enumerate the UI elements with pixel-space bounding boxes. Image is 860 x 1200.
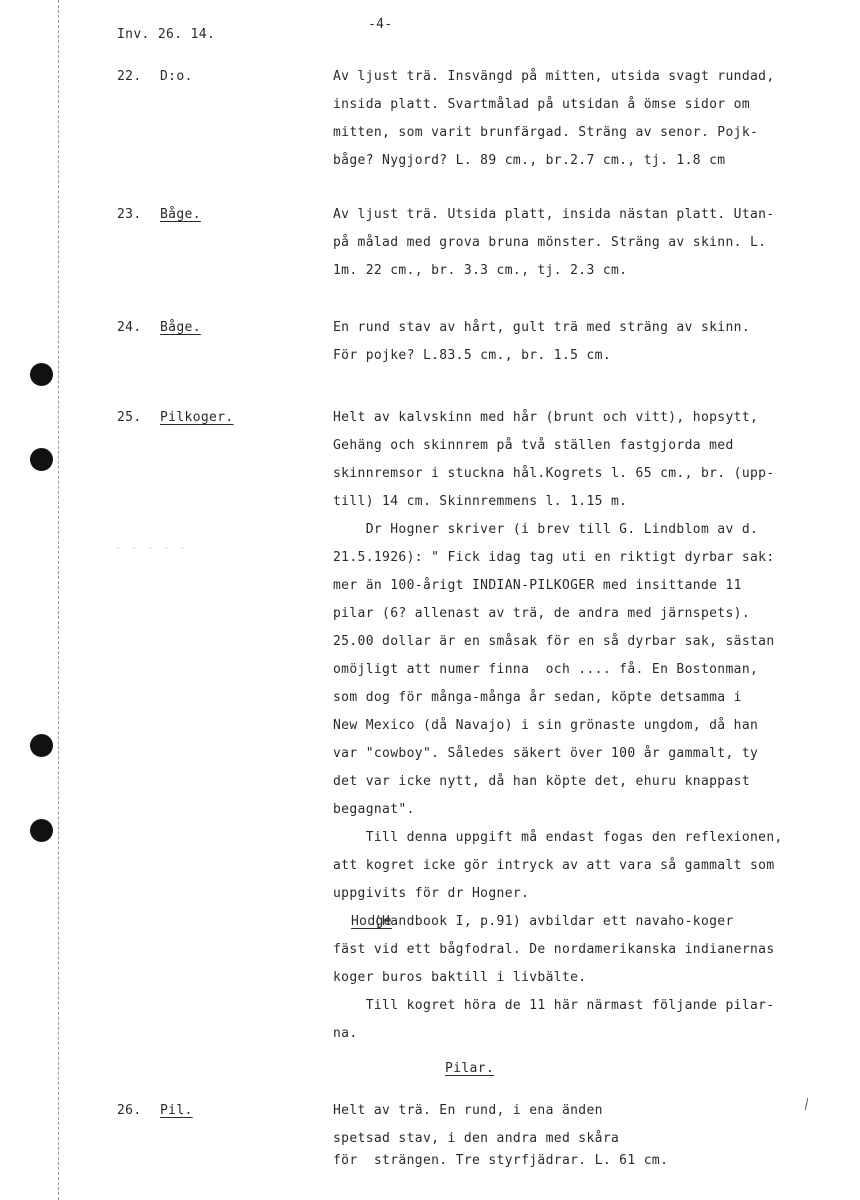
entry-label: Pil. xyxy=(160,1104,193,1118)
entry-text-line: för strängen. Tre styrfjädrar. L. 61 cm. xyxy=(333,1154,668,1168)
entry-text-line: begagnat". xyxy=(333,803,415,817)
inventory-number: Inv. 26. 14. xyxy=(117,28,215,42)
entry-text-line: mitten, som varit brunfärgad. Sträng av … xyxy=(333,126,758,140)
entry-text-line: insida platt. Svartmålad på utsidan å öm… xyxy=(333,98,750,112)
entry-text-line: (Handbook I, p.91) avbildar ett navaho-k… xyxy=(333,915,734,929)
punch-hole xyxy=(30,448,53,471)
entry-text-line: till) 14 cm. Skinnremmens l. 1.15 m. xyxy=(333,495,627,509)
entry-text-line: Till denna uppgift må endast fogas den r… xyxy=(333,831,783,845)
entry-text-line: 25.00 dollar är en småsak för en så dyrb… xyxy=(333,635,775,649)
faint-dashes: - - - - - xyxy=(115,543,187,554)
entry-text-line: Gehäng och skinnrem på två ställen fastg… xyxy=(333,439,734,453)
entry-text-line: mer än 100-årigt INDIAN-PILKOGER med ins… xyxy=(333,579,742,593)
entry-text-line: på målad med grova bruna mönster. Sträng… xyxy=(333,236,766,250)
entry-text-line: som dog för många-många år sedan, köpte … xyxy=(333,691,742,705)
entry-text-line: Helt av trä. En rund, i ena änden xyxy=(333,1104,603,1118)
punch-hole xyxy=(30,363,53,386)
margin-line xyxy=(58,0,59,1200)
entry-text-line: pilar (6? allenast av trä, de andra med … xyxy=(333,607,750,621)
entry-text-line: na. xyxy=(333,1027,358,1041)
entry-label: D:o. xyxy=(160,70,193,84)
entry-text-line: Till kogret höra de 11 här närmast följa… xyxy=(333,999,775,1013)
punch-hole xyxy=(30,819,53,842)
entry-text-line: Dr Hogner skriver (i brev till G. Lindbl… xyxy=(333,523,758,537)
entry-text-line: fäst vid ett bågfodral. De nordamerikans… xyxy=(333,943,775,957)
punch-hole xyxy=(30,734,53,757)
entry-number: 25. xyxy=(117,411,142,425)
entry-text-line: att kogret icke gör intryck av att vara … xyxy=(333,859,775,873)
entry-text-line: båge? Nygjord? L. 89 cm., br.2.7 cm., tj… xyxy=(333,154,725,168)
entry-text-line: 1m. 22 cm., br. 3.3 cm., tj. 2.3 cm. xyxy=(333,264,627,278)
entry-label: Båge. xyxy=(160,208,201,222)
entry-text-line: det var icke nytt, då han köpte det, ehu… xyxy=(333,775,750,789)
document-page: -4- Inv. 26. 14. 22. D:o. Av ljust trä. … xyxy=(0,0,860,1200)
entry-text-line: koger buros baktill i livbälte. xyxy=(333,971,586,985)
entry-text-line: spetsad stav, i den andra med skåra xyxy=(333,1132,619,1146)
entry-text-line: var "cowboy". Således säkert över 100 år… xyxy=(333,747,758,761)
entry-text-line: 21.5.1926): " Fick idag tag uti en rikti… xyxy=(333,551,775,565)
entry-text-line: New Mexico (då Navajo) i sin grönaste un… xyxy=(333,719,758,733)
entry-text-line: omöjligt att numer finna och .... få. En… xyxy=(333,663,758,677)
entry-number: 26. xyxy=(117,1104,142,1118)
section-heading: Pilar. xyxy=(445,1062,494,1076)
entry-number: 23. xyxy=(117,208,142,222)
entry-text-line: uppgivits för dr Hogner. xyxy=(333,887,529,901)
entry-number: 22. xyxy=(117,70,142,84)
entry-text-line: Helt av kalvskinn med hår (brunt och vit… xyxy=(333,411,758,425)
entry-label: Båge. xyxy=(160,321,201,335)
entry-label: Pilkoger. xyxy=(160,411,234,425)
entry-text-line: För pojke? L.83.5 cm., br. 1.5 cm. xyxy=(333,349,611,363)
entry-number: 24. xyxy=(117,321,142,335)
page-number: -4- xyxy=(368,18,393,32)
entry-text-line: En rund stav av hårt, gult trä med strän… xyxy=(333,321,750,335)
entry-text-line: Av ljust trä. Utsida platt, insida nästa… xyxy=(333,208,775,222)
pencil-mark xyxy=(805,1098,808,1110)
entry-text-line: Av ljust trä. Insvängd på mitten, utsida… xyxy=(333,70,775,84)
entry-text-line: skinnremsor i stuckna hål.Kogrets l. 65 … xyxy=(333,467,775,481)
